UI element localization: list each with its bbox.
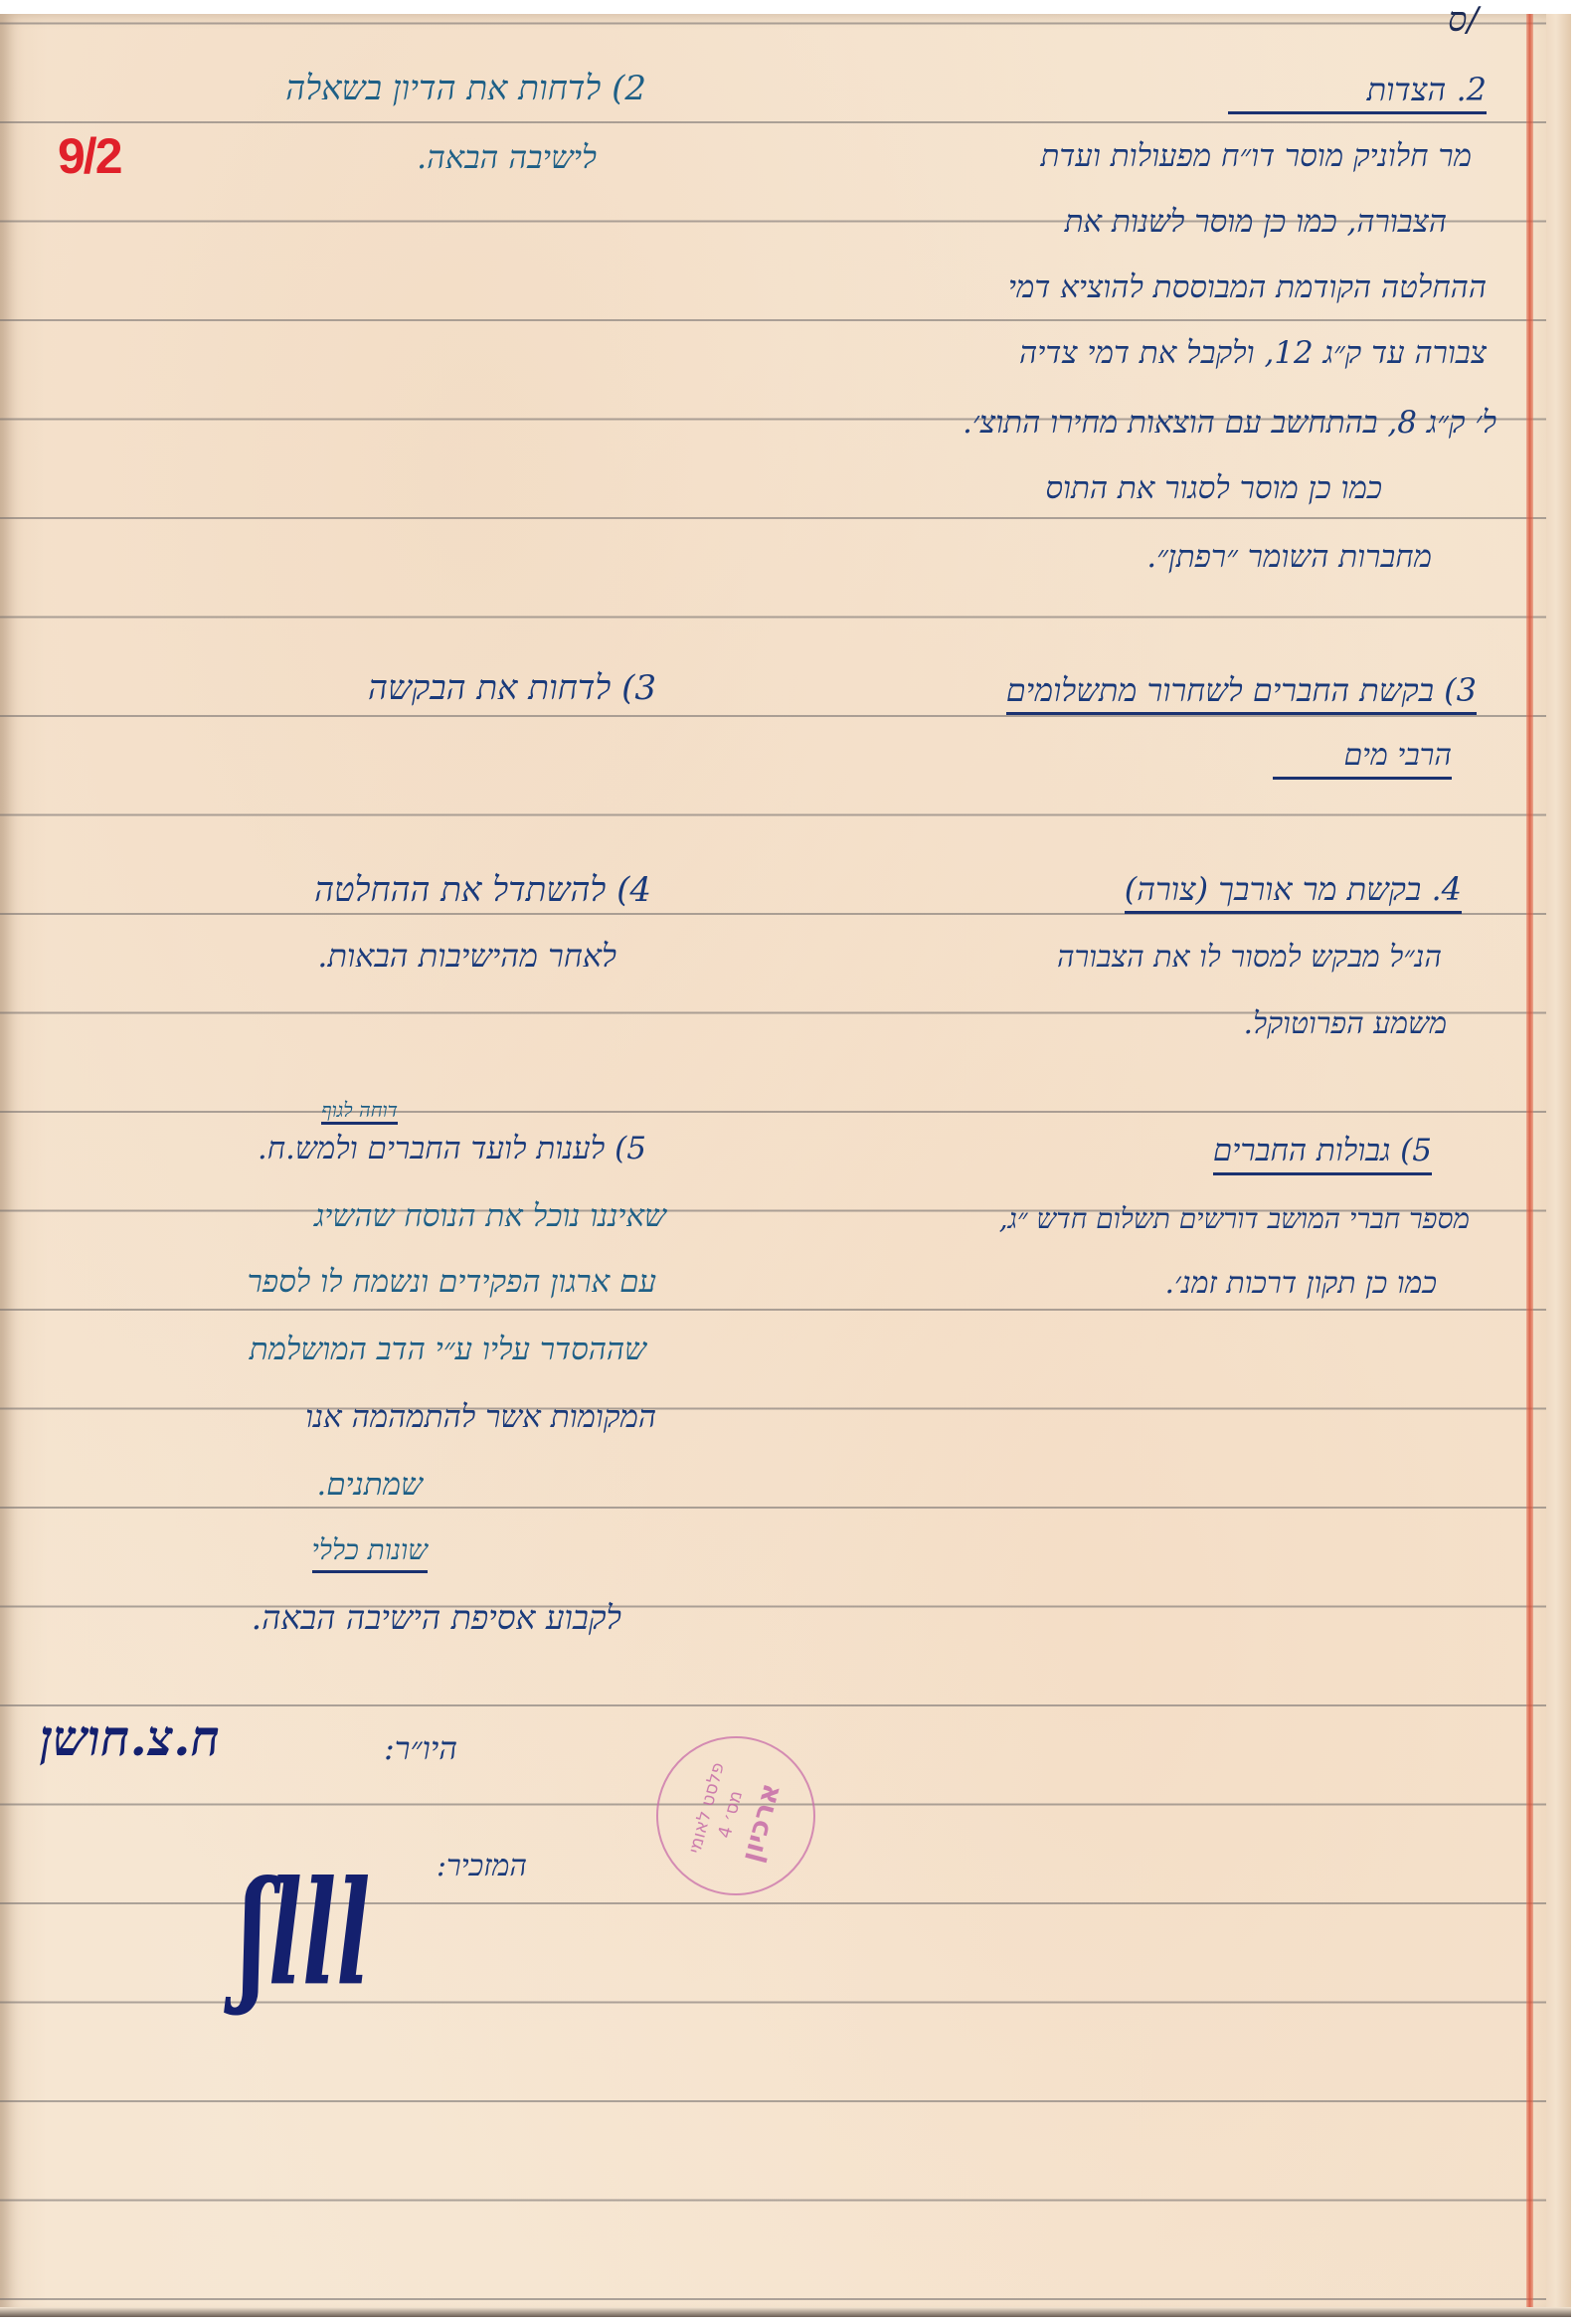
decision3-line: 3) לדחות את הבקשה xyxy=(368,671,656,705)
page-bottom-edge xyxy=(0,2307,1571,2317)
page-label: 9/2 xyxy=(58,127,121,185)
item2-line: הצבורה, כמו כן מוסר לשנות את xyxy=(1065,207,1447,238)
item2-heading: 2. הצדות xyxy=(1228,74,1487,114)
secretary-label: המזכיר: xyxy=(437,1852,527,1881)
secretary-signature: ʃlll xyxy=(239,1850,370,2019)
decision5-line: המקומות אשר להתמהמה אנו xyxy=(305,1402,656,1433)
item2-line: כמו כן מוסר לסגור את התוס xyxy=(1045,473,1382,504)
decision4-line: 4) להשתדל את ההחלטה xyxy=(314,873,651,907)
item5-heading: 5) גבולות החברים xyxy=(1213,1136,1432,1175)
item4-line: משמע הפרוטוקל. xyxy=(1244,1009,1447,1039)
decision5-note: דוחה לגוף xyxy=(321,1100,398,1125)
item2-line: ל׳ ק״ג 8, בהתחשב עם הוצאות מחירו התוצ׳. xyxy=(963,408,1496,439)
item2-line: מר חלוניק מוסר דו״ח מפעולות ועדת xyxy=(1041,141,1473,172)
misc-line: לקבוע אסיפת הישיבה הבאה. xyxy=(252,1601,621,1634)
item5-line: כמו כן תקון דרכות זמנ׳. xyxy=(1165,1269,1437,1299)
item2-line: מחברות השומר ״רפתן״. xyxy=(1146,542,1432,573)
red-margin-line xyxy=(1526,14,1533,2317)
item3-heading: 3) בקשת החברים לשחרור מתשלומים xyxy=(1006,674,1477,715)
item4-heading: 4. בקשת מר אורבך (צורה) xyxy=(1125,873,1462,914)
decision2-line: לישיבה הבאה. xyxy=(417,141,597,173)
item2-line: ההחלטה הקודמת המבוססת להוציא דמי xyxy=(1008,272,1487,303)
decision5-line: עם ארגון הפקידים ונשמח לו לספר xyxy=(248,1267,656,1298)
item2-line: צבורה עד ק״ג 12, ולקבל את דמי צדיה xyxy=(1019,338,1487,369)
item3-sub: הרבי מים xyxy=(1273,741,1452,780)
decision4-line: לאחר מהישיבות הבאות. xyxy=(317,940,616,972)
item5-line: מספר חברי המושב דורשים תשלום חדש ״ג, xyxy=(999,1205,1470,1233)
decision5-line: שאיננו נוכל את הנוסח שהשיג xyxy=(314,1201,666,1232)
decision2-line: 2) לדחות את הדיון בשאלה xyxy=(285,72,646,105)
decision5-line: שההסדר עליו ע״י הדב המושלמת xyxy=(250,1335,646,1365)
misc-heading: שונות כללי xyxy=(312,1536,428,1573)
chair-signature: ח.צ.חושן xyxy=(40,1708,220,1767)
corner-mark: ס/ xyxy=(1448,0,1479,40)
page-fold-edge xyxy=(1546,14,1571,2317)
chair-label: היו״ר: xyxy=(384,1732,457,1764)
decision5-line: 5) לענות לועד החברים ולמש.ח. xyxy=(258,1134,646,1164)
decision5-line: שמתנים. xyxy=(316,1470,423,1501)
item4-line: הנ״ל מבקש למסור לו את הצבורה xyxy=(1057,943,1442,973)
